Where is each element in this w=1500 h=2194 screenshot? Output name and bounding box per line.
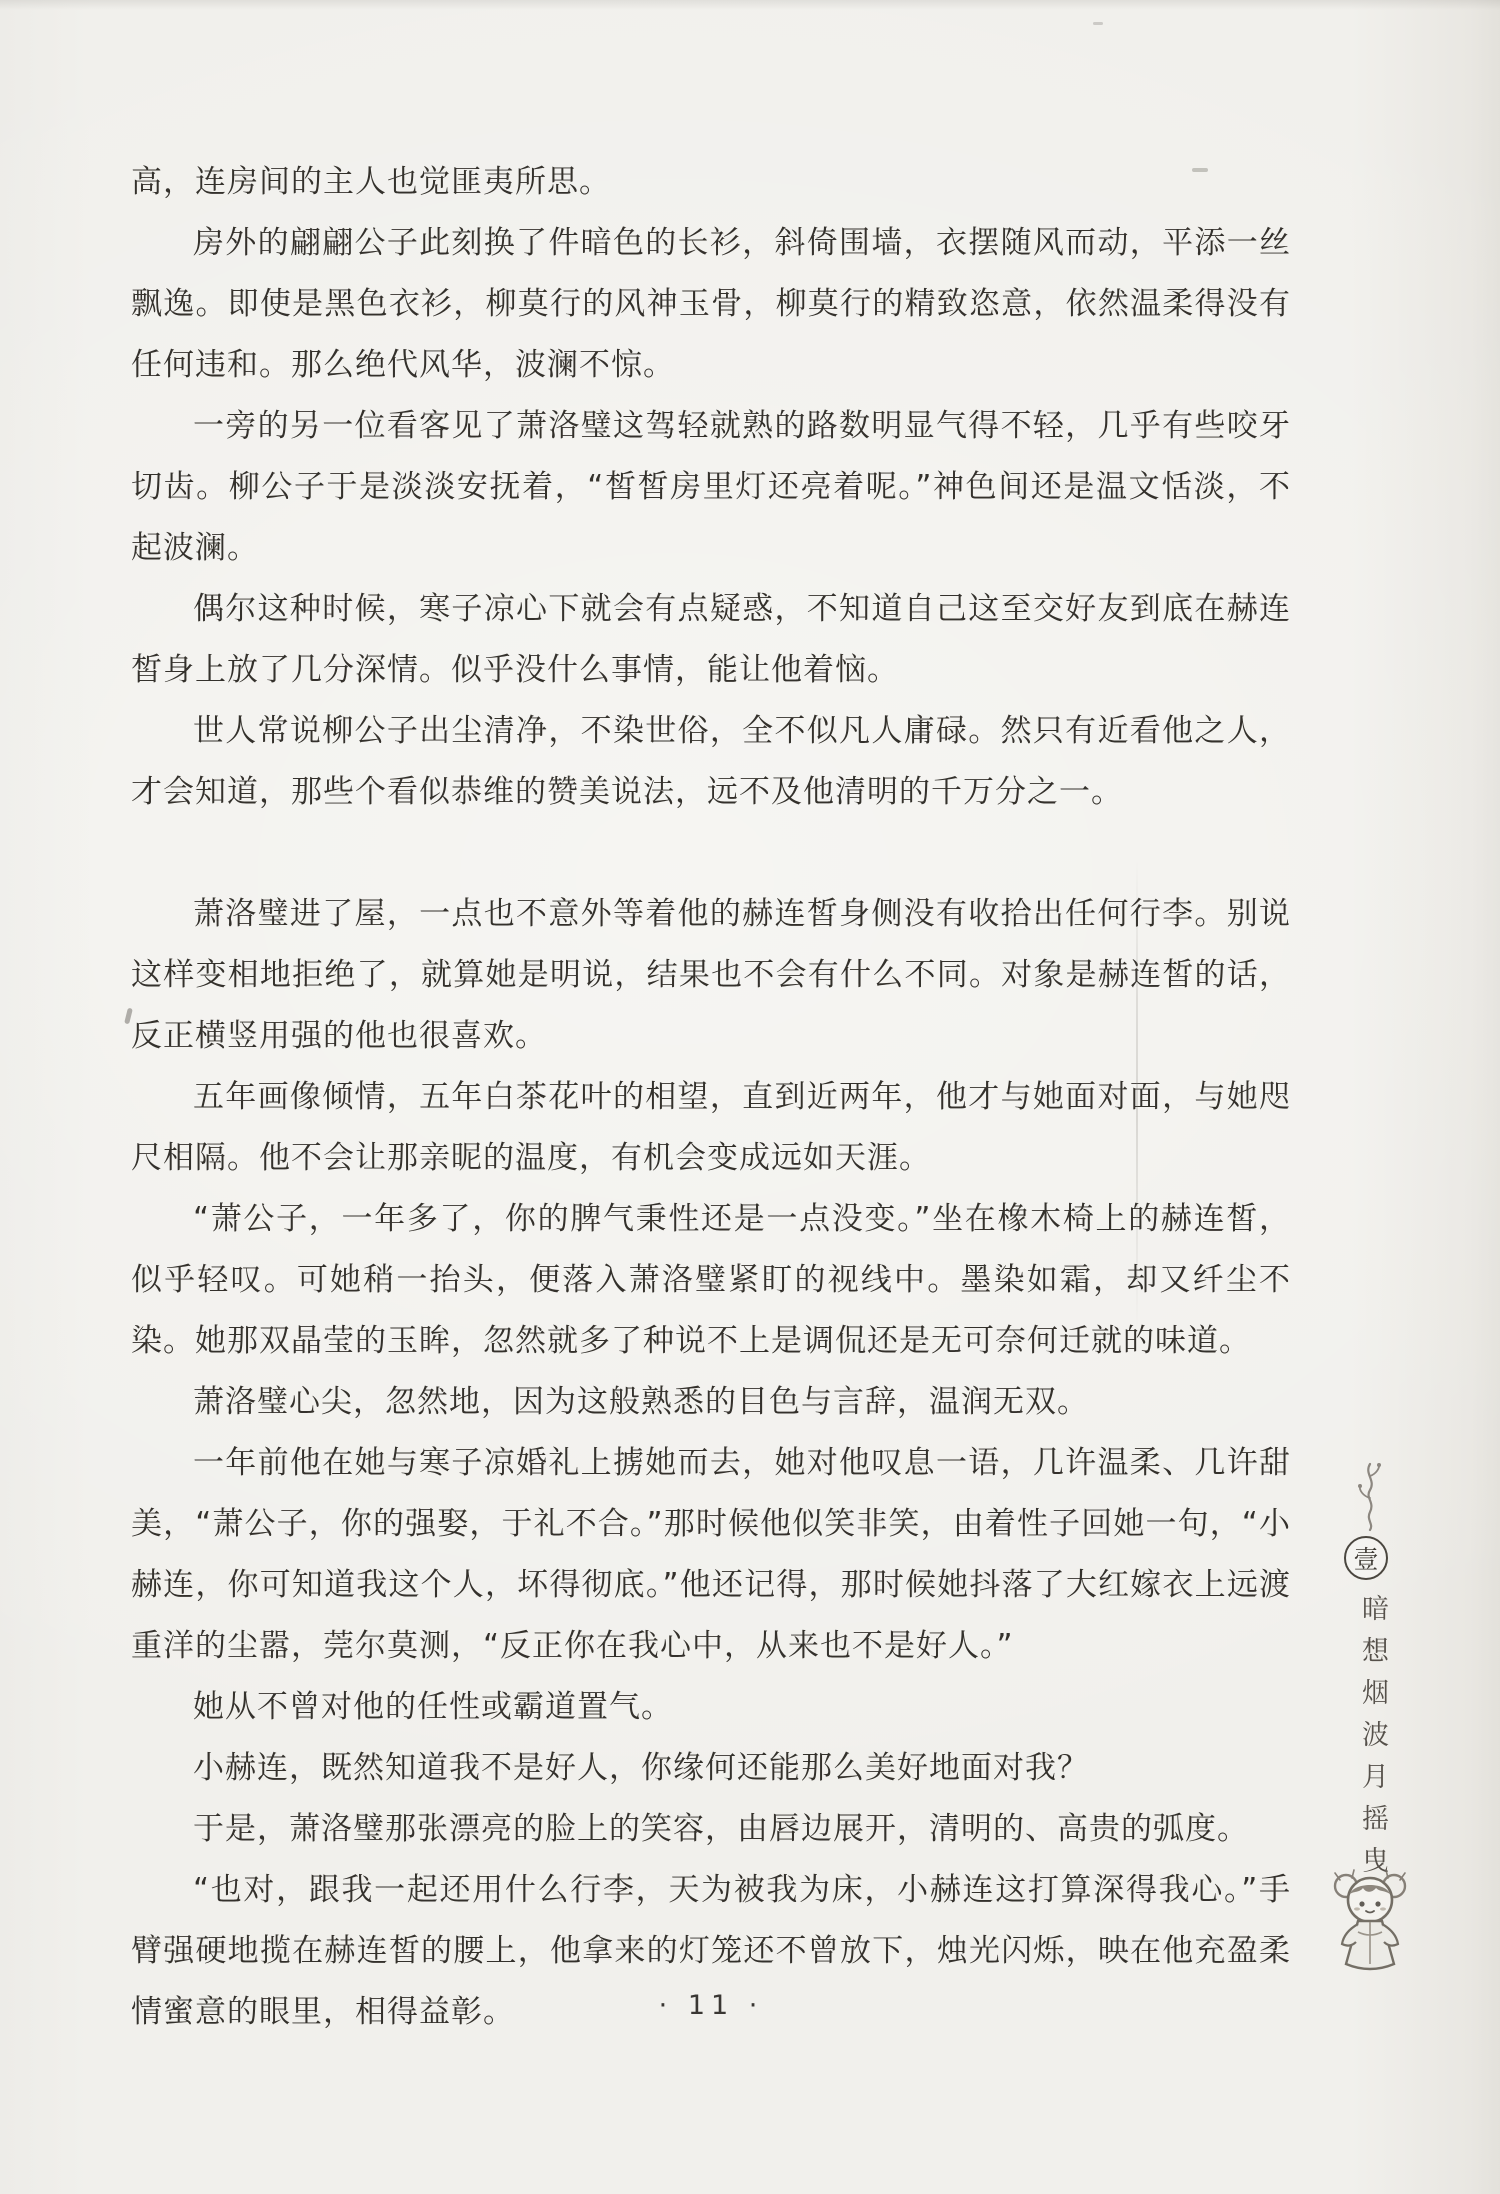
paragraph: 于是，萧洛璧那张漂亮的脸上的笑容，由唇边展开，清明的、高贵的弧度。: [131, 1799, 1291, 1860]
chibi-girl-illustration: [1330, 1860, 1410, 1978]
paragraph: 一旁的另一位看客见了萧洛璧这驾轻就熟的路数明显气得不轻，几乎有些咬牙切齿。柳公子…: [131, 396, 1291, 579]
page-number: · 11 ·: [131, 1990, 1291, 2021]
paragraph: 萧洛璧心尖，忽然地，因为这般熟悉的目色与言辞，温润无双。: [131, 1372, 1291, 1433]
vine-ornament-icon: [1346, 1462, 1394, 1532]
scanned-book-page: 高，连房间的主人也觉匪夷所思。 房外的翩翩公子此刻换了件暗色的长衫，斜倚围墙，衣…: [0, 0, 1500, 2194]
paragraph: 高，连房间的主人也觉匪夷所思。: [131, 152, 1291, 213]
scan-edge-shadow: [0, 0, 1500, 10]
scan-speck: [1093, 22, 1103, 25]
paragraph: 小赫连，既然知道我不是好人，你缘何还能那么美好地面对我？: [131, 1738, 1291, 1799]
paragraph: 偶尔这种时候，寒子凉心下就会有点疑惑，不知道自己这至交好友到底在赫连皙身上放了几…: [131, 579, 1291, 701]
paragraph: 五年画像倾情，五年白茶花叶的相望，直到近两年，他才与她面对面，与她咫尺相隔。他不…: [131, 1067, 1291, 1189]
paragraph: 世人常说柳公子出尘清净，不染世俗，全不似凡人庸碌。然只有近看他之人，才会知道，那…: [131, 701, 1291, 823]
paragraph: “萧公子，一年多了，你的脾气秉性还是一点没变。”坐在橡木椅上的赫连皙，似乎轻叹。…: [131, 1189, 1291, 1372]
paragraph: 一年前他在她与寒子凉婚礼上掳她而去，她对他叹息一语，几许温柔、几许甜美，“萧公子…: [131, 1433, 1291, 1677]
paragraph: 她从不曾对他的任性或霸道置气。: [131, 1677, 1291, 1738]
paragraph: 房外的翩翩公子此刻换了件暗色的长衫，斜倚围墙，衣摆随风而动，平添一丝飘逸。即使是…: [131, 213, 1291, 396]
chapter-number: 壹: [1353, 1540, 1378, 1576]
chapter-number-badge: 壹: [1344, 1536, 1388, 1580]
text-column: 高，连房间的主人也觉匪夷所思。 房外的翩翩公子此刻换了件暗色的长衫，斜倚围墙，衣…: [131, 152, 1291, 2043]
margin-sidebar: 壹 暗想烟波月摇曳: [1318, 1462, 1428, 1982]
paragraph: 萧洛璧进了屋，一点也不意外等着他的赫连皙身侧没有收拾出任何行李。别说这样变相地拒…: [131, 884, 1291, 1067]
